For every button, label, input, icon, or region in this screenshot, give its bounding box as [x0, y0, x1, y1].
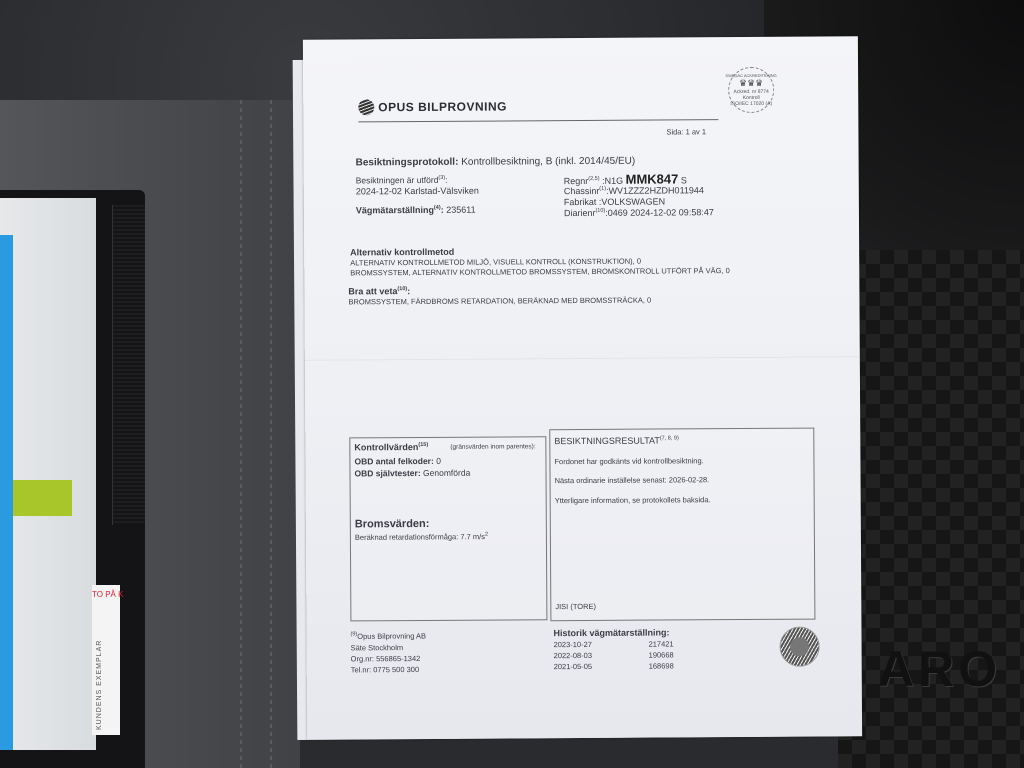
floor-mat-brand: ARO — [878, 640, 1001, 698]
result-line: Ytterligare information, se protokollets… — [555, 495, 711, 505]
regnr-label: Regnr — [564, 176, 589, 186]
make-value: :VOLKSWAGEN — [599, 196, 665, 206]
result-line: Nästa ordinarie inställelse senast: 2026… — [555, 475, 710, 485]
control-values-label: Kontrollvärden — [354, 442, 418, 452]
footnote: (15) — [418, 442, 428, 448]
history-date: 2022-08-03 — [554, 650, 649, 662]
climate-compensation-seal-icon — [779, 627, 819, 667]
result-line: Fordonet har godkänts vid kontrollbesikt… — [554, 456, 703, 466]
company-footer: (9)Opus Bilprovning AB Säte Stockholm Or… — [350, 629, 426, 675]
receipt-text: KUNDENS EXEMPLAR — [96, 600, 116, 730]
opus-logo: OPUS BILPROVNING — [358, 98, 507, 115]
company-phone: Tel.nr: 0775 500 300 — [351, 663, 427, 674]
odometer-history-rows: 2023-10-272174212022-08-031906682021-05-… — [554, 638, 674, 672]
result-label: BESIKTNINGSRESULTAT — [554, 436, 660, 447]
seat-stitching — [270, 100, 272, 768]
paper-fold — [305, 356, 860, 360]
protocol-title: Besiktningsprotokoll: Kontrollbesiktning… — [356, 156, 636, 169]
page-number: Sida: 1 av 1 — [666, 127, 706, 136]
obd-selftest: OBD självtester: Genomförda — [354, 468, 470, 479]
odometer-history-row: 2021-05-05168698 — [554, 660, 674, 672]
performed-value: 2024-12-02 Karlstad-Välsviken — [356, 186, 479, 197]
regnr-prefix: :N1G — [602, 176, 623, 186]
company-seat: Säte Stockholm — [351, 641, 427, 652]
make: Fabrikat :VOLKSWAGEN — [564, 196, 665, 207]
odometer-history: Historik vägmätarställning: 2023-10-2721… — [553, 627, 673, 672]
chassis-label: Chassinr — [564, 186, 600, 196]
footnote: (2,5) — [588, 176, 599, 182]
diary-label: Diarienr — [564, 208, 596, 218]
history-odometer: 168698 — [649, 660, 674, 671]
obd-faults-label: OBD antal felkoder: — [354, 456, 433, 466]
obd-selftest-label: OBD självtester: — [354, 468, 420, 478]
odometer-label: Vägmätarställning — [356, 205, 434, 215]
manual-booklet — [0, 198, 96, 750]
seat-edge — [300, 735, 840, 768]
make-label: Fabrikat — [564, 197, 597, 207]
odometer: Vägmätarställning(4): 235611 — [356, 205, 476, 216]
brake-heading: Bromsvärden: — [355, 518, 430, 530]
diary-value: :0469 2024-12-02 09:58:47 — [605, 207, 714, 218]
footnote: (10) — [397, 286, 407, 292]
brake-label: Beräknad retardationsförmåga: — [355, 532, 458, 542]
receipt-red-text: TO PÅ K — [92, 590, 123, 599]
odometer-history-row: 2023-10-27217421 — [554, 638, 674, 650]
alt-method-line: ALTERNATIV KONTROLLMETOD MILJÖ, VISUELL … — [350, 257, 641, 268]
regnr-suffix: S — [681, 175, 687, 185]
footnote: (3) — [438, 175, 445, 181]
history-odometer: 217421 — [649, 638, 674, 649]
history-date: 2021-05-05 — [554, 661, 649, 673]
header-divider — [358, 119, 718, 122]
good-to-know-line: BROMSSYSTEM, FÄRDBROMS RETARDATION, BERÄ… — [348, 296, 651, 307]
good-to-know-heading: Bra att veta(10): — [348, 286, 410, 296]
company-org-nr: Org.nr: 556865-1342 — [351, 652, 427, 663]
odometer-history-row: 2022-08-03190668 — [554, 649, 674, 661]
obd-faults-value: 0 — [436, 456, 441, 466]
registration-number: MMK847 — [626, 171, 679, 186]
folder-elastic-strap — [112, 205, 145, 525]
scene: ARO TO PÅ K KUNDENS EXEMPLAR OPUS BILPRO… — [0, 0, 1024, 768]
history-odometer: 190668 — [649, 649, 674, 660]
limits-note: (gränsvärden inom parentes): — [450, 443, 535, 451]
odometer-value: 235611 — [446, 205, 475, 215]
crowns-icon: ♛♛♛ — [739, 78, 763, 89]
inspector-name: JISI (TORE) — [555, 602, 596, 611]
inspection-protocol: OPUS BILPROVNING SWEDAC ACKREDITERING ♛♛… — [303, 36, 862, 739]
obd-faults: OBD antal felkoder: 0 — [354, 456, 441, 467]
footnote: (10) — [595, 208, 605, 214]
performed-label: Besiktningen är utförd(3): — [356, 175, 448, 186]
company-name: Opus Bilprovning AB — [357, 631, 426, 640]
alt-method-line: BROMSSYSTEM, ALTERNATIV KONTROLLMETOD BR… — [350, 266, 730, 277]
globe-icon — [358, 99, 374, 115]
unit-exponent: 2 — [485, 532, 488, 538]
protocol-type: Kontrollbesiktning, B (inkl. 2014/45/EU) — [461, 156, 635, 168]
chassis-value: :WV1ZZZ2HZDH011944 — [606, 185, 704, 196]
alt-method-heading: Alternativ kontrollmetod — [350, 247, 454, 258]
chassis: Chassinr(1):WV1ZZZ2HZDH011944 — [564, 185, 704, 196]
seal-line: ISO/IEC 17020 (A) — [730, 101, 772, 107]
control-values-heading: Kontrollvärden(15) — [354, 442, 428, 452]
good-to-know-label: Bra att veta — [348, 286, 397, 296]
blue-folder — [0, 235, 13, 750]
company-logo-text: OPUS BILPROVNING — [378, 99, 507, 114]
booklet-green-band — [10, 480, 72, 516]
history-date: 2023-10-27 — [554, 639, 649, 651]
brake-value: Beräknad retardationsförmåga: 7.7 m/s2 — [355, 532, 488, 542]
result-heading: BESIKTNINGSRESULTAT(7, 8, 9) — [554, 435, 679, 446]
diary-number: Diarienr(10):0469 2024-12-02 09:58:47 — [564, 207, 714, 218]
inspection-result-box: BESIKTNINGSRESULTAT(7, 8, 9) Fordonet ha… — [549, 428, 815, 622]
seat-stitching — [240, 100, 242, 768]
footnote: (7, 8, 9) — [660, 435, 679, 441]
brake-number: 7.7 m/s — [460, 532, 485, 541]
swedac-seal-icon: SWEDAC ACKREDITERING ♛♛♛ Ackred. nr 8774… — [728, 67, 774, 113]
performed-label-text: Besiktningen är utförd — [356, 175, 439, 186]
protocol-label: Besiktningsprotokoll: — [356, 157, 459, 169]
obd-selftest-value: Genomförda — [423, 468, 470, 478]
control-values-box: Kontrollvärden(15) (gränsvärden inom par… — [349, 436, 547, 621]
odometer-history-heading: Historik vägmätarställning: — [553, 627, 673, 639]
